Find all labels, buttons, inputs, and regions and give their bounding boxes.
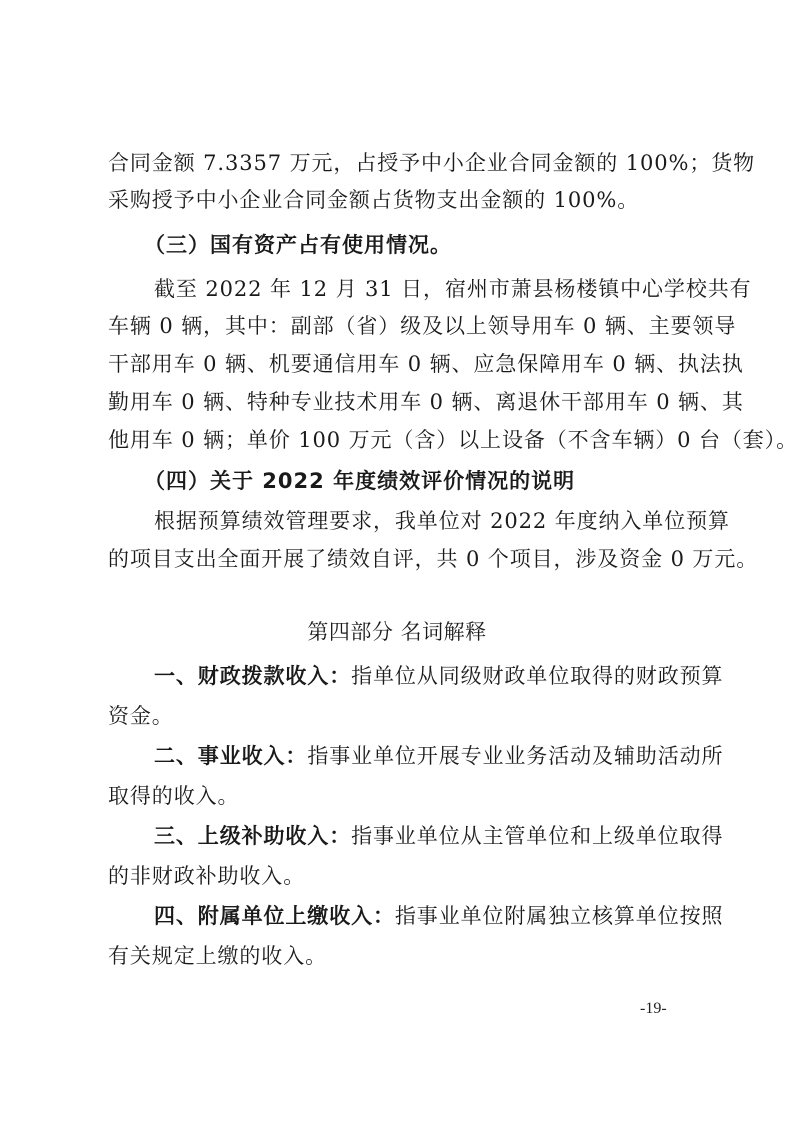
- paragraph-line: 采购授予中小企业合同金额占货物支出金额的 100%。: [108, 187, 692, 213]
- term-text: 指事业单位从主管单位和上级单位取得: [351, 824, 723, 848]
- paragraph-line: 的非财政补助收入。: [108, 863, 692, 889]
- term-text: 指单位从同级财政单位取得的财政预算: [351, 664, 723, 688]
- paragraph-line: 资金。: [108, 703, 692, 729]
- term-label: 一、财政拨款收入：: [154, 664, 351, 688]
- paragraph-line: 车辆 0 辆，其中：副部（省）级及以上领导用车 0 辆、主要领导: [108, 313, 692, 339]
- part-title: 第四部分 名词解释: [0, 619, 794, 645]
- term-label: 三、上级补助收入：: [154, 824, 351, 848]
- term-definition: 三、上级补助收入：指事业单位从主管单位和上级单位取得: [108, 823, 692, 849]
- paragraph-line: 合同金额 7.3357 万元，占授予中小企业合同金额的 100%；货物: [108, 150, 692, 176]
- section-heading: （三）国有资产占有使用情况。: [108, 232, 682, 258]
- term-definition: 二、事业收入：指事业单位开展专业业务活动及辅助活动所: [108, 743, 692, 769]
- paragraph-line: 取得的收入。: [108, 783, 692, 809]
- paragraph-line: 他用车 0 辆；单价 100 万元（含）以上设备（不含车辆）0 台（套）。: [108, 427, 692, 453]
- term-definition: 四、附属单位上缴收入：指事业单位附属独立核算单位按照: [108, 903, 692, 929]
- paragraph-line: 根据预算绩效管理要求，我单位对 2022 年度纳入单位预算: [108, 508, 692, 534]
- paragraph-line: 有关规定上缴的收入。: [108, 943, 692, 969]
- paragraph-line: 的项目支出全面开展了绩效自评，共 0 个项目，涉及资金 0 万元。: [108, 546, 692, 572]
- term-text: 指事业单位开展专业业务活动及辅助活动所: [307, 744, 723, 768]
- term-label: 四、附属单位上缴收入：: [154, 904, 395, 928]
- term-label: 二、事业收入：: [154, 744, 307, 768]
- term-definition: 一、财政拨款收入：指单位从同级财政单位取得的财政预算: [108, 663, 692, 689]
- term-text: 指事业单位附属独立核算单位按照: [395, 904, 724, 928]
- section-heading: （四）关于 2022 年度绩效评价情况的说明: [108, 468, 728, 494]
- paragraph-line: 干部用车 0 辆、机要通信用车 0 辆、应急保障用车 0 辆、执法执: [108, 351, 692, 377]
- page-number: -19-: [640, 1000, 667, 1018]
- paragraph-line: 截至 2022 年 12 月 31 日，宿州市萧县杨楼镇中心学校共有: [108, 276, 692, 302]
- paragraph-line: 勤用车 0 辆、特种专业技术用车 0 辆、离退休干部用车 0 辆、其: [108, 389, 692, 415]
